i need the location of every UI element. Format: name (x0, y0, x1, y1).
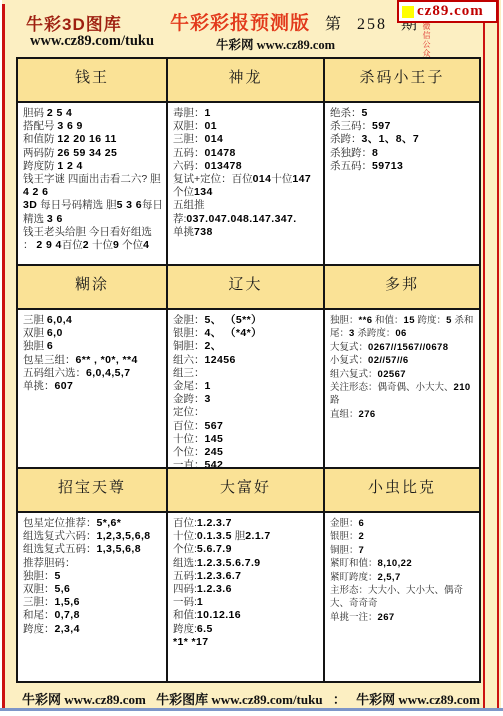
field-label: 单挑一注： (330, 612, 378, 623)
prediction-line: 双胆 6,0 (23, 327, 163, 340)
prediction-line: 五码组六选：6,0,4,5,7 (23, 367, 163, 380)
field-label: 大复式： (330, 342, 368, 353)
field-label: 双胆： (173, 120, 205, 132)
field-value: 15 (404, 315, 415, 326)
field-label: 路 (330, 395, 340, 406)
field-label: 杀五码： (330, 160, 372, 172)
field-value: 542 (205, 459, 224, 469)
field-label: 个位: (173, 543, 197, 555)
field-label: 五码: (173, 570, 197, 582)
prediction-line: 独胆 6 (23, 340, 163, 353)
field-value: 147 (292, 173, 311, 185)
field-label: 紧盯和值： (330, 558, 378, 569)
field-label: 金胆： (173, 314, 205, 326)
prediction-line: 组六：12456 (173, 354, 320, 367)
cell-title: 小虫比克 (325, 469, 479, 513)
right-outer-red-border (497, 0, 499, 708)
prediction-line: 铜胆：7 (330, 544, 476, 557)
field-label: 跨度: (173, 623, 197, 635)
field-value: 6 (359, 518, 365, 529)
prediction-line: 推荐胆码： (23, 557, 163, 570)
field-value: *1* *17 (173, 636, 209, 648)
field-label: 五码组六选： (23, 367, 86, 379)
prediction-line: 六码：013478 (173, 160, 320, 173)
prediction-line: 金跨：3 (173, 393, 320, 406)
field-label: 四码: (173, 583, 197, 595)
field-value: 0,7,8 (55, 609, 80, 621)
site-url: 牛彩网 www.cz89.com (216, 35, 335, 53)
field-label: 铜胆： (330, 545, 359, 556)
cell-body: 金胆：5、 （5**）银胆：4、 （*4*）铜胆：2、组六：12456组三：金尾… (168, 310, 323, 469)
field-label: 跨度： (23, 623, 55, 635)
field-label: 五码： (173, 147, 205, 159)
prediction-line: 胆码 2 5 4 (23, 107, 163, 120)
prediction-line: 包星三组：6** , *0*, **4 (23, 354, 163, 367)
prediction-line: 四码:1.2.3.6 (173, 583, 320, 596)
prediction-line: 毒胆：1 (173, 107, 320, 120)
field-label: 包星三组： (23, 354, 76, 366)
field-label: 三胆： (173, 133, 205, 145)
cell-title: 多邦 (325, 266, 479, 310)
prediction-line: 单挑一注：267 (330, 611, 476, 624)
field-value: 0267//1567//0678 (368, 342, 448, 353)
cell-title: 招宝天尊 (18, 469, 166, 513)
field-label: 两码防 (23, 147, 57, 159)
field-value: 3D (23, 199, 37, 211)
tuku-url: www.cz89.com/tuku (30, 33, 154, 50)
field-value: 3 (205, 393, 211, 405)
field-value: 1 2 4 (57, 160, 82, 172)
field-value: 5,6 (55, 583, 71, 595)
field-label: 推荐胆码： (23, 557, 76, 569)
prediction-line: 包星定位推荐：5*,6* (23, 517, 163, 530)
field-label: 金胆： (330, 518, 359, 529)
prediction-line: 杀五码：59713 (330, 160, 476, 173)
footer-site-right: 牛彩网 www.cz89.com (356, 689, 480, 708)
prediction-line: 五组推荐:037.047.048.147.347. (173, 199, 320, 225)
field-value: 2 9 4 (36, 239, 61, 251)
prediction-cell: 小虫比克 金胆：6银胆：2铜胆：7紧盯和值：8,10,22紧盯跨度：2,5,7主… (325, 469, 479, 681)
prediction-line: 百位：567 (173, 420, 320, 433)
field-value: 037.047.048.147.347. (186, 213, 296, 225)
field-label: 双胆 (23, 327, 47, 339)
field-value: 2,5,7 (378, 572, 401, 583)
prediction-line: 两码防 26 59 34 25 (23, 147, 163, 160)
prediction-line: 主形态：大大小、大小大、偶奇大、奇奇奇 (330, 584, 476, 611)
prediction-line: 跨度:6.5 (173, 623, 320, 636)
field-value: 5*,6* (97, 517, 122, 529)
prediction-line: 钱王老头给胆 今日看好组选 ： 2 9 4百位2 十位9 个位4 (23, 226, 163, 252)
field-value: 6,0 (47, 327, 63, 339)
prediction-line: 组六复式：02567 (330, 368, 476, 381)
field-value: 5、 （5**） (205, 314, 262, 326)
field-value: 3 6 9 (57, 120, 82, 132)
field-label: 独胆 (23, 340, 47, 352)
field-value: 06 (395, 328, 406, 339)
field-label: 单挑： (23, 380, 55, 392)
field-label: 百位: (173, 517, 197, 529)
prediction-line: 和值防 12 20 16 11 (23, 133, 163, 146)
prediction-line: 五码:1.2.3.6.7 (173, 570, 320, 583)
field-label: 复试+定位：百位 (173, 173, 253, 185)
field-label: 杀三码： (330, 120, 372, 132)
prediction-line: 个位：245 (173, 446, 320, 459)
cell-body: 包星定位推荐：5*,6*组选复式六码：1,2,3,5,6,8组选复式五码：1,3… (18, 513, 166, 681)
prediction-cell: 大富好 百位:1.2.3.7十位:0.1.3.5 胆2.1.7个位:5.6.7.… (168, 469, 325, 681)
field-label: 个位 (119, 239, 143, 251)
field-value: 7 (359, 545, 365, 556)
field-value: 4、 （*4*） (205, 327, 262, 339)
field-value: 6.5 (197, 623, 213, 635)
field-label: 定位： (173, 406, 205, 418)
footer-site-left: 牛彩网 www.cz89.com (22, 689, 146, 708)
field-value: 134 (194, 186, 213, 198)
bottom-blue-line (0, 708, 503, 711)
field-value: 245 (205, 446, 224, 458)
field-value: 4 2 6 (23, 186, 48, 198)
prediction-line: 银胆：4、 （*4*） (173, 327, 320, 340)
field-value: 014 (253, 173, 272, 185)
field-label: 小复式： (330, 355, 368, 366)
cell-body: 独胆：**6 和值：15 跨度：5 杀和尾：3 杀跨度：06大复式：0267//… (325, 310, 479, 467)
field-label: 绝杀： (330, 107, 362, 119)
field-value: 1,5,6 (55, 596, 80, 608)
field-label: 钱王字谜 四面出击看二六? 胆 (23, 173, 161, 185)
field-label: 毒胆： (173, 107, 205, 119)
field-value: 1 (205, 380, 211, 392)
prediction-line: 紧盯和值：8,10,22 (330, 557, 476, 570)
prediction-line: 三胆：1,5,6 (23, 596, 163, 609)
prediction-line: 独胆：5 (23, 570, 163, 583)
cell-body: 绝杀：5杀三码：597杀跨：3、1、8、7杀独跨：8杀五码：59713 (325, 103, 479, 264)
field-value: 267 (378, 612, 395, 623)
field-value: 1.2.3.6 (197, 583, 232, 595)
field-value: 2 5 4 (47, 107, 72, 119)
cell-title: 神龙 (168, 59, 323, 103)
field-value: 5 3 6 (117, 199, 142, 211)
prediction-line: 小复式：02//57//6 (330, 354, 476, 367)
field-value: 210 (454, 382, 471, 393)
prediction-line: 单挑738 (173, 226, 320, 239)
prediction-cell: 辽大 金胆：5、 （5**）银胆：4、 （*4*）铜胆：2、组六：12456组三… (168, 266, 325, 469)
field-label: 每日号码精选 胆 (37, 199, 116, 211)
field-label: 一直： (173, 459, 205, 469)
prediction-line: 杀跨：3、1、8、7 (330, 133, 476, 146)
field-value: 276 (359, 409, 376, 420)
cell-title: 大富好 (168, 469, 323, 513)
field-label: 紧盯跨度： (330, 572, 378, 583)
cell-body: 金胆：6银胆：2铜胆：7紧盯和值：8,10,22紧盯跨度：2,5,7主形态：大大… (325, 513, 479, 681)
field-value: 12456 (205, 354, 236, 366)
field-label: 百位： (173, 420, 205, 432)
prediction-line: 定位： (173, 406, 320, 419)
cell-body: 毒胆：1双胆：01三胆：014五码：01478六码：013478复试+定位：百位… (168, 103, 323, 264)
prediction-line: 组三： (173, 367, 320, 380)
field-label: 组六： (173, 354, 205, 366)
field-value: 2.1.7 (245, 530, 270, 542)
field-value: 607 (55, 380, 74, 392)
yellow-square-icon (402, 6, 414, 18)
field-label: 包星定位推荐： (23, 517, 97, 529)
site-title: 牛彩3D图库 (26, 10, 122, 35)
prediction-line: 绝杀：5 (330, 107, 476, 120)
prediction-line: 搭配号 3 6 9 (23, 120, 163, 133)
prediction-cell: 钱王 胆码 2 5 4搭配号 3 6 9和值防 12 20 16 11两码防 2… (18, 59, 168, 266)
prediction-line: 百位:1.2.3.7 (173, 517, 320, 530)
left-red-border (2, 4, 5, 709)
field-value: 597 (372, 120, 391, 132)
field-value: 8,10,22 (378, 558, 413, 569)
field-value: **6 (359, 315, 373, 326)
field-label: 胆码 (23, 107, 47, 119)
prediction-line: 和值:10.12.16 (173, 609, 320, 622)
field-value: 013478 (205, 160, 242, 172)
prediction-line: 复试+定位：百位014十位147个位134 (173, 173, 320, 199)
field-label: 三胆： (23, 596, 55, 608)
prediction-line: 个位:5.6.7.9 (173, 543, 320, 556)
field-value: 6 (47, 340, 53, 352)
prediction-line: 组选:1.2.3.5.6.7.9 (173, 557, 320, 570)
footer: 牛彩网 www.cz89.com 牛彩图库 www.cz89.com/tuku … (22, 689, 480, 708)
field-value: 10.12.16 (197, 609, 241, 621)
report-title: 牛彩彩报预测版 (170, 8, 310, 35)
field-label: 百位 (62, 239, 83, 251)
prediction-line: 十位：145 (173, 433, 320, 446)
prediction-line: 跨度：2,3,4 (23, 623, 163, 636)
field-value: 01 (205, 120, 217, 132)
field-value: 1,2,3,5,6,8 (97, 530, 151, 542)
field-label: 六码： (173, 160, 205, 172)
field-value: 3 6 (47, 213, 63, 225)
prediction-line: 金胆：6 (330, 517, 476, 530)
field-value: 4 (143, 239, 149, 251)
prediction-line: 金尾：1 (173, 380, 320, 393)
field-label: 独胆： (330, 315, 359, 326)
cell-title: 钱王 (18, 59, 166, 103)
field-label: 一码: (173, 596, 197, 608)
prediction-line: 独胆：**6 和值：15 跨度：5 杀和尾：3 杀跨度：06 (330, 314, 476, 341)
field-value: 5.6.7.9 (197, 543, 232, 555)
cell-title: 杀码小王子 (325, 59, 479, 103)
field-value: 1 (205, 107, 211, 119)
prediction-line: 双胆：01 (173, 120, 320, 133)
field-label: 金尾： (173, 380, 205, 392)
prediction-cell: 招宝天尊 包星定位推荐：5*,6*组选复式六码：1,2,3,5,6,8组选复式五… (18, 469, 168, 681)
prediction-line: 组选复式五码：1,3,5,6,8 (23, 543, 163, 556)
prediction-line: 三胆：014 (173, 133, 320, 146)
cell-title: 辽大 (168, 266, 323, 310)
prediction-line: 五码：01478 (173, 147, 320, 160)
field-label: 和尾： (23, 609, 55, 621)
field-label: 双胆： (23, 583, 55, 595)
field-label: 组选复式五码： (23, 543, 97, 555)
field-label: 组选复式六码： (23, 530, 97, 542)
field-value: 5 (55, 570, 61, 582)
prediction-cell: 杀码小王子 绝杀：5杀三码：597杀跨：3、1、8、7杀独跨：8杀五码：5971… (325, 59, 479, 266)
field-value: 0.1.3.5 (197, 530, 232, 542)
field-label: 十位 (89, 239, 113, 251)
prediction-line: 单挑：607 (23, 380, 163, 393)
prediction-line: 双胆：5,6 (23, 583, 163, 596)
field-value: 26 59 34 25 (57, 147, 117, 159)
field-value: 02567 (378, 369, 406, 380)
prediction-line: 金胆：5、 （5**） (173, 314, 320, 327)
badge-text: cz89.com (417, 3, 484, 20)
field-label: 独胆： (23, 570, 55, 582)
field-label: 组六复式： (330, 369, 378, 380)
field-value: 2、 (205, 340, 222, 352)
field-value: 12 20 16 11 (57, 133, 116, 145)
field-value: 1.2.3.6.7 (197, 570, 241, 582)
lottery-prediction-sheet: 牛彩3D图库 牛彩彩报预测版 第 258 期 www.cz89.com/tuku… (0, 0, 503, 716)
prediction-line: 关注形态：偶奇偶、小大大、210路 (330, 381, 476, 408)
prediction-line: 紧盯跨度：2,5,7 (330, 571, 476, 584)
field-label: 胆 (232, 530, 245, 542)
field-label: 单挑 (173, 226, 194, 238)
prediction-line: 铜胆：2、 (173, 340, 320, 353)
cell-body: 胆码 2 5 4搭配号 3 6 9和值防 12 20 16 11两码防 26 5… (18, 103, 166, 264)
field-value: 02//57//6 (368, 355, 409, 366)
prediction-line: 3D 每日号码精选 胆5 3 6每日精选 3 6 (23, 199, 163, 225)
prediction-line: 三胆 6,0,4 (23, 314, 163, 327)
prediction-line: 跨度防 1 2 4 (23, 160, 163, 173)
prediction-line: 组选复式六码：1,2,3,5,6,8 (23, 530, 163, 543)
field-label: 十位 (271, 173, 292, 185)
field-value: 6** , *0*, **4 (76, 354, 138, 366)
right-inner-red-border (483, 0, 485, 708)
field-label: 和值: (173, 609, 197, 621)
field-value: 1.2.3.7 (197, 517, 232, 529)
field-value: 014 (205, 133, 224, 145)
field-value: 3、1、8、7 (362, 133, 420, 145)
prediction-line: 直组：276 (330, 408, 476, 421)
prediction-line: 钱王字谜 四面出击看二六? 胆4 2 6 (23, 173, 163, 199)
field-value: 1 (197, 596, 203, 608)
prediction-line: 一直：542 (173, 459, 320, 469)
field-value: 59713 (372, 160, 403, 172)
prediction-line: 银胆：2 (330, 530, 476, 543)
field-label: 杀跨： (330, 133, 362, 145)
prediction-line: *1* *17 (173, 636, 320, 649)
field-value: 01478 (205, 147, 236, 159)
field-label: 直组： (330, 409, 359, 420)
field-label: 搭配号 (23, 120, 57, 132)
field-label: 杀跨度： (355, 328, 396, 339)
cell-body: 三胆 6,0,4双胆 6,0独胆 6包星三组：6** , *0*, **4五码组… (18, 310, 166, 467)
cell-body: 百位:1.2.3.7十位:0.1.3.5 胆2.1.7个位:5.6.7.9组选:… (168, 513, 323, 681)
field-label: 跨度： (415, 315, 446, 326)
prediction-cell: 多邦 独胆：**6 和值：15 跨度：5 杀和尾：3 杀跨度：06大复式：026… (325, 266, 479, 469)
field-value: 6,0,4,5,7 (86, 367, 130, 379)
prediction-line: 十位:0.1.3.5 胆2.1.7 (173, 530, 320, 543)
field-label: 十位： (173, 433, 205, 445)
field-label: 跨度防 (23, 160, 57, 172)
prediction-cell: 神龙 毒胆：1双胆：01三胆：014五码：01478六码：013478复试+定位… (168, 59, 325, 266)
cell-title: 糊涂 (18, 266, 166, 310)
prediction-line: 杀三码：597 (330, 120, 476, 133)
field-value: 1.2.3.5.6.7.9 (197, 557, 261, 569)
field-label: 和值： (372, 315, 403, 326)
field-value: 6,0,4 (47, 314, 72, 326)
prediction-line: 和尾：0,7,8 (23, 609, 163, 622)
field-label: 银胆： (173, 327, 205, 339)
field-label: 主形态：大大小、大小大、偶奇大、奇奇奇 (330, 585, 463, 609)
field-value: 738 (194, 226, 213, 238)
field-label: 和值防 (23, 133, 57, 145)
field-label: 组三： (173, 367, 205, 379)
prediction-line: 杀独跨：8 (330, 147, 476, 160)
footer-separator: ： (333, 689, 346, 708)
field-label: 十位: (173, 530, 197, 542)
field-label: 银胆： (330, 531, 359, 542)
prediction-line: 一码:1 (173, 596, 320, 609)
prediction-table: 钱王 胆码 2 5 4搭配号 3 6 9和值防 12 20 16 11两码防 2… (16, 57, 481, 683)
field-value: 567 (205, 420, 224, 432)
field-label: 金跨： (173, 393, 205, 405)
field-label: 组选: (173, 557, 197, 569)
field-value: 2,3,4 (55, 623, 80, 635)
cz89-badge: cz89.com (397, 0, 498, 23)
field-value: 2 (359, 531, 365, 542)
prediction-cell: 糊涂 三胆 6,0,4双胆 6,0独胆 6包星三组：6** , *0*, **4… (18, 266, 168, 469)
field-value: 5 (362, 107, 368, 119)
field-label: 三胆 (23, 314, 47, 326)
field-value: 145 (205, 433, 224, 445)
prediction-line: 大复式：0267//1567//0678 (330, 341, 476, 354)
field-label: 关注形态：偶奇偶、小大大、 (330, 382, 454, 393)
field-label: 个位： (173, 446, 205, 458)
field-label: 铜胆： (173, 340, 205, 352)
field-value: 1,3,5,6,8 (97, 543, 141, 555)
field-label: 个位 (173, 186, 194, 198)
field-label: 杀独跨： (330, 147, 372, 159)
footer-tuku: 牛彩图库 www.cz89.com/tuku (156, 689, 322, 708)
field-value: 8 (372, 147, 378, 159)
